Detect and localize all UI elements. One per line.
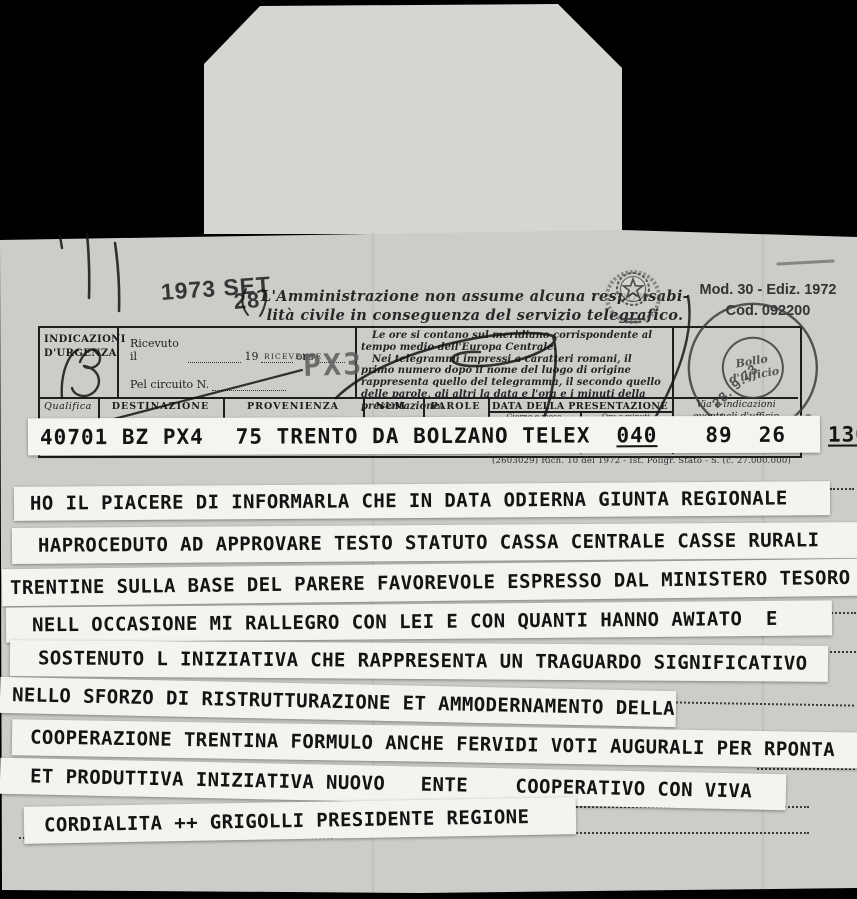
telegram-line-1-text: HO IL PIACERE DI INFORMARLA CHE IN DATA … [30,487,788,514]
envelope-flap [150,4,628,234]
telegram-line-9-text: CORDIALITA ++ GRIGOLLI PRESIDENTE REGION… [44,805,530,835]
col-num: NUM. [365,401,421,412]
year-label: 19 [244,350,258,363]
routing-day: 26 [759,422,786,446]
col-provenienza: PROVENIENZA [225,401,361,412]
print-reference: (2603029) Rich. 10 del 1972 - Ist. Polig… [492,456,791,466]
time-note-para1: Le ore si contano sul meridiano corrispo… [361,330,667,354]
telegram-line-3-text: TRENTINE SULLA BASE DEL PARERE FAVOREVOL… [10,566,851,598]
telegram-line-2-text: HAPROCEDUTO AD APPROVARE TESTO STATUTO C… [38,529,820,556]
col-qualifica: Qualifica [40,401,96,412]
dotted-blank [188,350,242,363]
telegram-line-4-text: NELL OCCASIONE MI RALLEGRO CON LEI E CON… [32,607,778,636]
dotted-blank [212,378,286,391]
telegram-line-5: SOSTENUTO L INIZIATIVA CHE RAPPRESENTA U… [10,640,828,682]
col-parole: PAROLE [425,401,486,412]
telegram-line-7-text: COOPERAZIONE TRENTINA FORMULO ANCHE FERV… [30,727,835,762]
routing-words: 89 [705,422,732,446]
col-data-presentazione: DATA DELLA PRESENTAZIONE [490,401,670,412]
telegram-line-5-text: SOSTENUTO L INIZIATIVA CHE RAPPRESENTA U… [38,647,808,674]
telegram-line-4: NELL OCCASIONE MI RALLEGRO CON LEI E CON… [6,600,832,642]
routing-time: 1305 [828,422,857,446]
guide-dots [830,488,854,490]
telegram-line-6-text: NELLO SFORZO DI RISTRUTTURAZIONE ET AMMO… [12,684,675,720]
circuit-label: Pel circuito N. [130,378,209,391]
routing-number: 40701 BZ PX4 [40,424,204,449]
italy-emblem-icon [601,261,665,327]
telegram-line-2: HAPROCEDUTO AD APPROVARE TESTO STATUTO C… [12,522,857,564]
urgency-label: INDICAZIONI D'URGENZA [44,333,116,360]
col-destinazione: DESTINAZIONE [100,401,221,412]
routing-strip: 40701 BZ PX4 75 TRENTO DA BOLZANO TELEX … [28,416,820,456]
postmark-date: 28. 9.73 [709,361,761,411]
guide-dots [549,832,809,834]
telegram-scan: 1973 SET 28 L'Amministrazione non assume… [0,0,857,899]
routing-origin: 75 TRENTO DA BOLZANO TELEX [236,423,591,448]
circuit-code-stamp: PX3 [302,347,363,384]
telegram-line-1: HO IL PIACERE DI INFORMARLA CHE IN DATA … [14,481,830,521]
routing-num: 040 [616,423,657,447]
guide-dots [757,768,855,770]
received-label: Ricevuto il [130,337,185,363]
